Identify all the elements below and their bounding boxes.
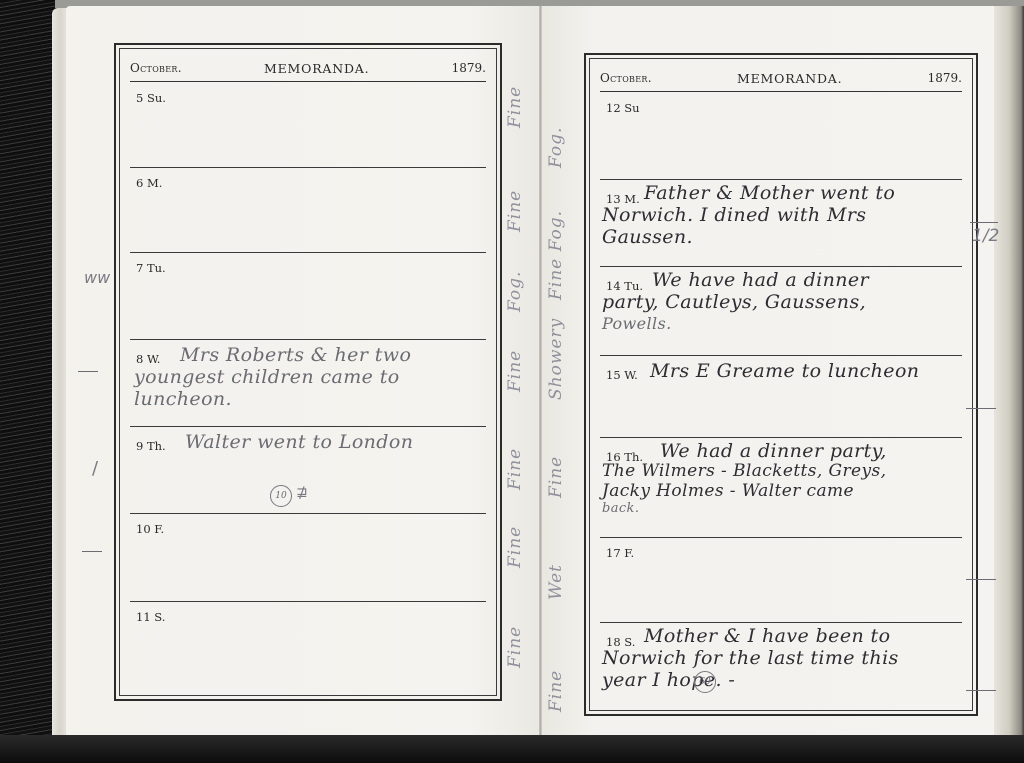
memoranda-title: MEMORANDA. — [737, 71, 842, 86]
handwritten-line: luncheon. — [134, 386, 232, 412]
day-row-6: 6 M. — [130, 167, 486, 252]
month-label: October. — [600, 71, 652, 85]
memoranda-title: MEMORANDA. — [264, 61, 369, 76]
day-row-18: 18 S. Mother & I have been to Norwich fo… — [600, 622, 962, 707]
day-row-17: 17 F. — [600, 537, 962, 622]
day-row-8: 8 W. Mrs Roberts & her two youngest chil… — [130, 339, 486, 424]
day-label: 7 Tu. — [136, 261, 166, 275]
handwritten-line: back. — [602, 496, 639, 522]
weather-note: Fine — [505, 190, 525, 232]
weather-note: Fog. — [505, 271, 525, 312]
weather-note: Wet — [546, 564, 566, 600]
margin-slash: / — [92, 458, 98, 479]
weather-note: Fine — [505, 526, 525, 568]
handwritten-line: Gaussen. — [602, 224, 693, 250]
weather-note: Fine — [505, 86, 525, 128]
day-label: 9 Th. — [136, 439, 166, 453]
handwritten-line: Walter went to London — [185, 429, 413, 455]
weather-note: Fine — [505, 448, 525, 490]
circled-number-note: 10 — [270, 485, 292, 507]
day-label: 15 W. — [606, 368, 638, 382]
margin-dash — [966, 408, 996, 409]
handwritten-line: Mrs E Greame to luncheon — [650, 358, 919, 384]
day-row-15: 15 W. Mrs E Greame to luncheon — [600, 355, 962, 440]
handwritten-line: Jacky Holmes - Walter came — [602, 478, 854, 504]
day-label: 10 F. — [136, 522, 164, 536]
book-gutter — [539, 6, 542, 746]
day-row-11: 11 S. — [130, 601, 486, 686]
margin-dash — [966, 690, 996, 691]
day-label: 5 Su. — [136, 91, 166, 105]
year-label: 1879. — [928, 71, 962, 85]
day-label: 6 M. — [136, 176, 162, 190]
weather-note: Fine — [546, 456, 566, 498]
right-page-edges — [994, 6, 1024, 748]
margin-dash — [82, 551, 102, 552]
left-memoranda-box: October. MEMORANDA. 1879. 5 Su. 6 M. 7 T… — [114, 43, 502, 701]
margin-dash — [78, 371, 98, 372]
right-page-header: October. MEMORANDA. 1879. — [600, 65, 962, 92]
day-row-14: 14 Tu. We have had a dinner party, Cautl… — [600, 266, 962, 351]
day-row-13: 13 M. Father & Mother went to Norwich. I… — [600, 179, 962, 264]
day-row-10: 10 F. — [130, 513, 486, 598]
day-label: 12 Su — [606, 101, 640, 115]
year-label: 1879. — [452, 61, 486, 75]
day-row-12: 12 Su — [600, 93, 962, 177]
right-memoranda-box: October. MEMORANDA. 1879. 12 Su 13 M. Fa… — [584, 53, 978, 716]
weather-note: Showery — [546, 318, 566, 400]
weather-note: Fine — [505, 350, 525, 392]
weather-note: Fine — [505, 626, 525, 668]
margin-tally-mark: ww — [84, 268, 110, 287]
day-row-5: 5 Su. — [130, 83, 486, 167]
day-row-9: 9 Th. Walter went to London 10 ⋣ — [130, 426, 486, 511]
book-cover-bottom — [0, 735, 1024, 763]
handwritten-line: Powells. — [602, 311, 672, 337]
weather-note: Fine — [546, 670, 566, 712]
weather-note: Fog. — [546, 127, 566, 168]
scribble-mark: ⋣ — [296, 485, 308, 501]
book-cover-spine — [0, 0, 55, 763]
left-page-header: October. MEMORANDA. 1879. — [130, 55, 486, 82]
circled-number-note: 60 — [694, 671, 716, 693]
day-label: 11 S. — [136, 610, 165, 624]
day-label: 17 F. — [606, 546, 634, 560]
weather-note: Fine Fog. — [546, 210, 566, 300]
margin-dash — [966, 579, 996, 580]
day-row-16: 16 Th. We had a dinner party, The Wilmer… — [600, 437, 962, 534]
margin-dash — [970, 222, 998, 223]
margin-fraction-note: 1/2 — [972, 226, 999, 246]
day-row-7: 7 Tu. — [130, 252, 486, 337]
month-label: October. — [130, 61, 182, 75]
